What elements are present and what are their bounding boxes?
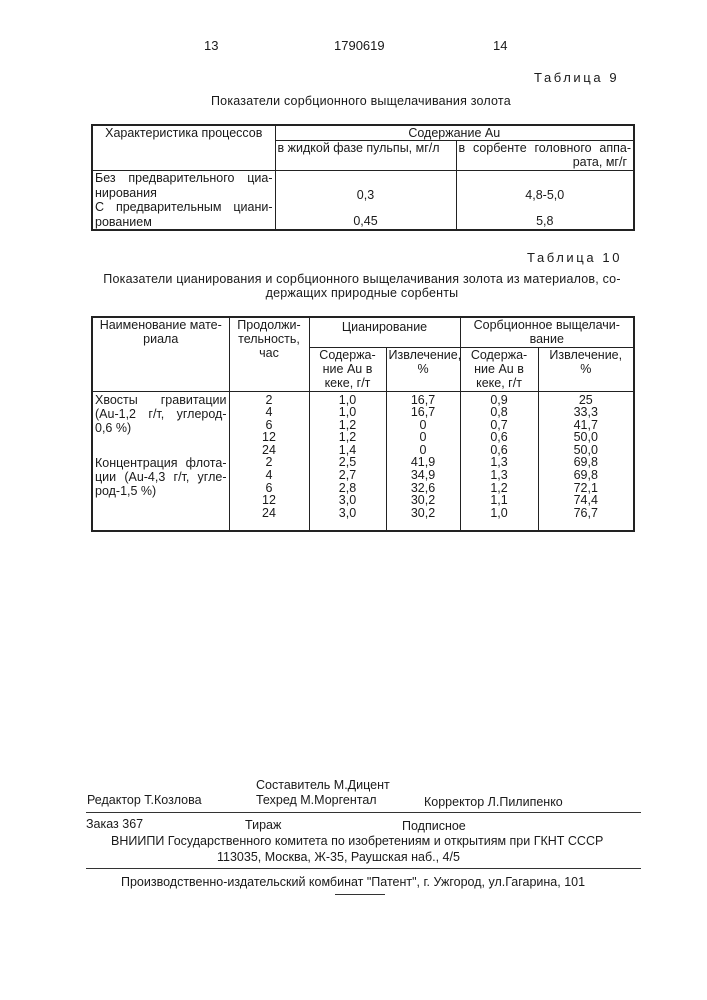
cell-sorb-recovery: 69,8 [541,469,632,482]
address: 113035, Москва, Ж-35, Раушская наб., 4/5 [217,850,460,864]
material-name-line: (Au-1,2 г/т, углерод- [95,407,227,421]
table10-title-line2: держащих природные сорбенты [92,286,632,300]
t9-header-liquid: в жидкой фазе пульпы, мг/л [275,141,456,171]
t10-header-sorption-line2: вание [463,332,632,346]
cell-sorb-recovery: 50,0 [541,431,632,444]
t10-header-sorb-recovery-line2: % [541,362,632,376]
cell-duration: 12 [232,431,307,444]
cell-sorb-recovery: 33,3 [541,406,632,419]
t9-row1-sorbent: 4,8-5,0 [457,188,634,202]
t10-header-cyan-content-line3: кеке, г/т [312,376,384,390]
t9-header-group: Содержание Au [275,125,634,141]
t9-sorbent-cell: 4,8-5,0 5,8 [456,171,634,231]
t10-header-duration-line2: тельность, [232,332,307,346]
material-name: Концентрация флота-ции (Au-4,3 г/т, угле… [95,456,227,519]
cell-cyan-content: 3,0 [312,507,384,520]
t10-header-cyan-recovery-line2: % [389,362,458,376]
t10-header-sorption: Сорбционное выщелачи- вание [460,317,634,347]
cell-sorb-content: 1,0 [463,507,536,520]
t10-header-material-line2: риала [95,332,227,346]
t9-liquid-cell: 0,3 0,45 [275,171,456,231]
divider [86,868,641,869]
cell-duration: 24 [232,507,307,520]
compiler: Составитель М.Дицент [256,778,390,792]
t10-sorb-content-cell: 0,90,80,70,60,61,31,31,21,11,0 [460,391,538,531]
techred: Техред М.Моргентал [256,793,377,807]
cell-duration: 4 [232,469,307,482]
t10-header-duration-line1: Продолжи- [232,318,307,332]
cell-cyan-recovery: 34,9 [389,469,458,482]
t10-header-cyan-recovery-line1: Извлечение, [389,348,458,362]
table10-title: Показатели цианирования и сорбционного в… [92,272,632,300]
t10-header-sorb-recovery-line1: Извлечение, [541,348,632,362]
t9-row1-name-line2: нирования [95,186,273,201]
cell-cyan-content: 2,7 [312,469,384,482]
t10-material-cell: Хвосты гравитации(Au-1,2 г/т, углерод-0,… [92,391,229,531]
t10-header-cyan-recovery: Извлечение, % [386,347,460,391]
cell-sorb-recovery: 74,4 [541,494,632,507]
t10-header-duration-line3: час [232,346,307,360]
t9-header-sorbent-line2: рата, мг/г [459,155,632,169]
material-name-line: ции (Au-4,3 г/т, угле- [95,470,227,484]
t10-header-duration: Продолжи- тельность, час [229,317,309,391]
cell-sorb-content: 1,3 [463,469,536,482]
t10-header-sorb-recovery: Извлечение, % [538,347,634,391]
t9-row2-liquid: 0,45 [276,214,456,228]
corrector: Корректор Л.Пилипенко [424,795,563,809]
t9-data-row: Без предварительного циа- нирования С пр… [92,171,634,231]
t10-header-material: Наименование мате- риала [92,317,229,391]
t9-process-cell: Без предварительного циа- нирования С пр… [92,171,275,231]
subscription: Подписное [402,819,466,833]
table9: Характеристика процессов Содержание Au в… [91,124,635,231]
divider-short [335,894,385,895]
t10-header-sorb-content-line3: кеке, г/т [463,376,536,390]
divider [86,812,641,813]
cell-sorb-content: 0,8 [463,406,536,419]
cell-cyan-content: 1,0 [312,406,384,419]
t10-cyan-content-cell: 1,01,01,21,21,42,52,72,83,03,0 [309,391,386,531]
cell-sorb-recovery: 76,7 [541,507,632,520]
table10-label: Таблица 10 [527,250,622,265]
patent-number: 1790619 [334,38,385,53]
t10-header-sorb-content: Содержа- ние Au в кеке, г/т [460,347,538,391]
cell-cyan-recovery: 30,2 [389,507,458,520]
publisher: Производственно-издательский комбинат "П… [121,875,585,889]
cell-sorb-content: 0,6 [463,431,536,444]
t9-row2-sorbent: 5,8 [457,214,634,228]
t10-body: Хвосты гравитации(Au-1,2 г/т, углерод-0,… [92,391,634,531]
t9-row2-name-line2: рованием [95,215,273,230]
t10-header-sorption-line1: Сорбционное выщелачи- [463,318,632,332]
t9-header-sorbent-line1: в сорбенте головного аппа- [459,141,632,155]
table9-title: Показатели сорбционного выщелачивания зо… [211,94,511,108]
t9-row1-name-line1: Без предварительного циа- [95,171,273,186]
material-name-line: Хвосты гравитации [95,393,227,407]
t10-header-cyan-content-line2: ние Au в [312,362,384,376]
t10-header-material-line1: Наименование мате- [95,318,227,332]
material-name: Хвосты гравитации(Au-1,2 г/т, углерод-0,… [95,393,227,456]
cell-cyan-recovery: 16,7 [389,406,458,419]
t9-row1-liquid: 0,3 [276,188,456,202]
cell-duration: 4 [232,406,307,419]
table9-label: Таблица 9 [534,70,619,85]
page-number-left: 13 [204,38,218,53]
t9-row2-name-line1: С предварительным циани- [95,200,273,215]
page-number-right: 14 [493,38,507,53]
t9-header-sorbent: в сорбенте головного аппа- рата, мг/г [456,141,634,171]
order: Заказ 367 [86,817,143,831]
t10-header-sorb-content-line2: ние Au в [463,362,536,376]
t10-header-cyan-content-line1: Содержа- [312,348,384,362]
t10-duration-cell: 24612242461224 [229,391,309,531]
editor: Редактор Т.Козлова [87,793,202,807]
t10-sorb-recovery-cell: 2533,341,750,050,069,869,872,174,476,7 [538,391,634,531]
t10-cyan-recovery-cell: 16,716,700041,934,932,630,230,2 [386,391,460,531]
t10-header-sorb-content-line1: Содержа- [463,348,536,362]
cell-cyan-recovery: 30,2 [389,494,458,507]
cell-cyan-content: 3,0 [312,494,384,507]
table10-title-line1: Показатели цианирования и сорбционного в… [92,272,632,286]
material-name-line: Концентрация флота- [95,456,227,470]
institute: ВНИИПИ Государственного комитета по изоб… [111,834,603,848]
cell-cyan-content: 1,2 [312,431,384,444]
cell-cyan-recovery: 0 [389,431,458,444]
t10-header-cyanidation: Цианирование [309,317,460,347]
cell-duration: 12 [232,494,307,507]
t10-header-cyan-content: Содержа- ние Au в кеке, г/т [309,347,386,391]
material-name-line: род-1,5 %) [95,484,227,498]
table10: Наименование мате- риала Продолжи- тельн… [91,316,635,532]
t9-header-process: Характеристика процессов [92,125,275,171]
material-name-line: 0,6 %) [95,421,227,435]
cell-sorb-content: 1,1 [463,494,536,507]
circulation: Тираж [245,818,281,832]
